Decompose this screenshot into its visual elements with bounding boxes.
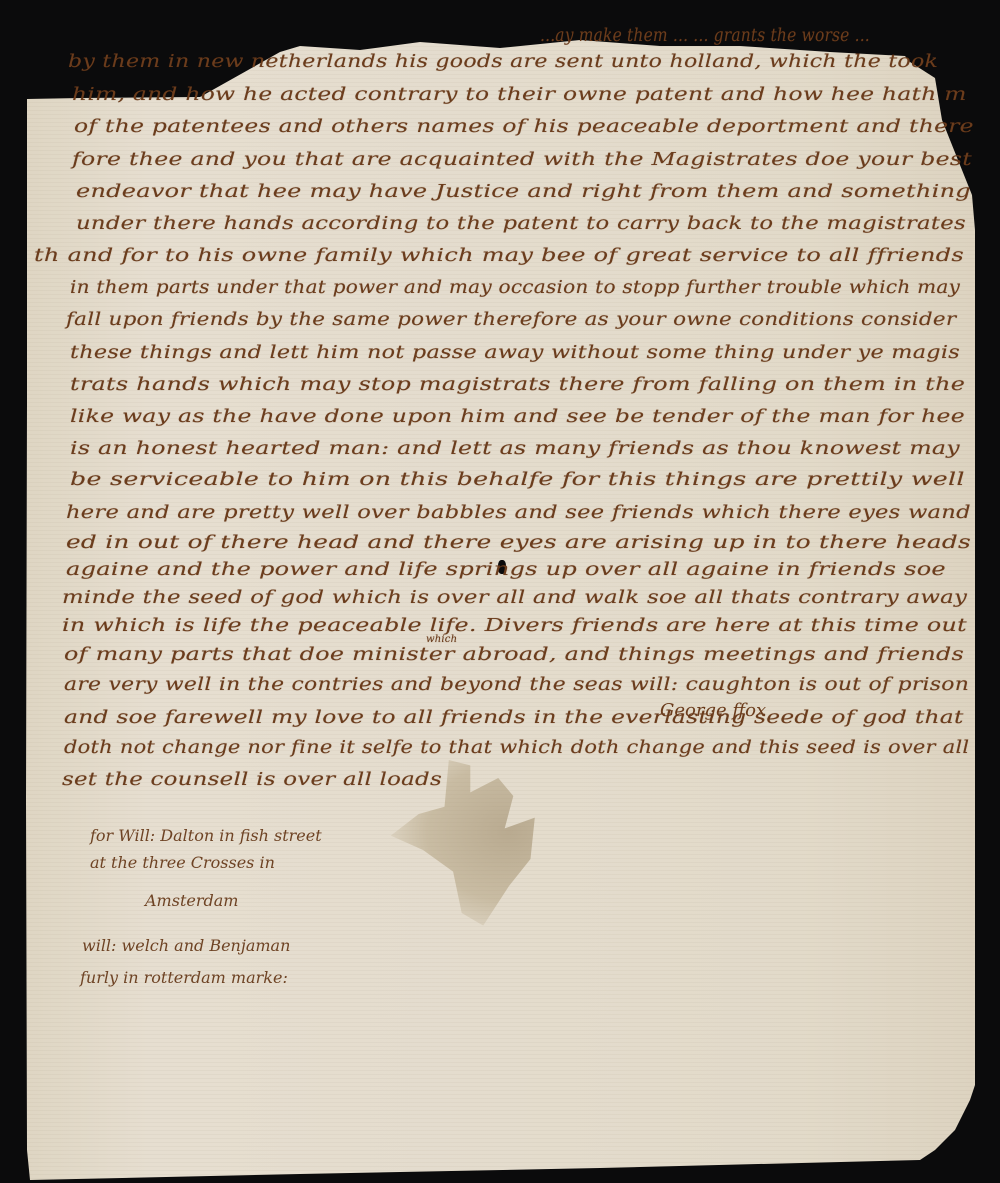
letter-line: ...ay make them ... ... grants the worse… [540,26,870,46]
signature: George ffox [660,700,766,721]
letter-line: in which is life the peaceable life. Div… [62,616,967,636]
letter-line: trats hands which may stop magistrats th… [70,375,965,395]
interlinear-note: which [426,634,457,645]
address-line: furly in rotterdam marke: [80,968,288,987]
letter-line: is an honest hearted man: and lett as ma… [70,439,960,459]
letter-line: are very well in the contries and beyond… [64,675,969,695]
letter-line: like way as the have done upon him and s… [70,407,965,427]
letter-line: of many parts that doe minister abroad, … [64,645,964,665]
letter-line: againe and the power and life springs up… [66,560,946,580]
letter-line: him, and how he acted contrary to their … [72,85,967,105]
address-line: Amsterdam [145,891,238,910]
letter-line: here and are pretty well over babbles an… [66,503,971,523]
letter-line: doth not change nor fine it selfe to tha… [64,738,969,758]
letter-line: endeavor that hee may have Justice and r… [76,182,971,202]
address-line: for Will: Dalton in fish street [90,826,322,845]
letter-line: and soe farewell my love to all friends … [64,708,964,728]
letter-line: fore thee and you that are acquainted wi… [72,150,972,170]
letter-line: th and for to his owne family which may … [34,246,964,266]
letter-line: ed in out of there head and there eyes a… [66,533,971,553]
letter-line: of the patentees and others names of his… [74,117,974,137]
address-line: will: welch and Benjaman [82,936,290,955]
letter-line: these things and lett him not passe away… [70,343,960,363]
letter-line: be serviceable to him on this behalfe fo… [70,470,965,490]
letter-line: fall upon friends by the same power ther… [66,310,956,330]
letter-line: in them parts under that power and may o… [70,278,960,298]
letter-line: under there hands according to the paten… [76,214,966,234]
letter-line: by them in new netherlands his goods are… [68,52,938,72]
letter-line: minde the seed of god which is over all … [62,588,967,608]
letter-line: set the counsell is over all loads [62,770,442,790]
address-line: at the three Crosses in [90,853,275,872]
